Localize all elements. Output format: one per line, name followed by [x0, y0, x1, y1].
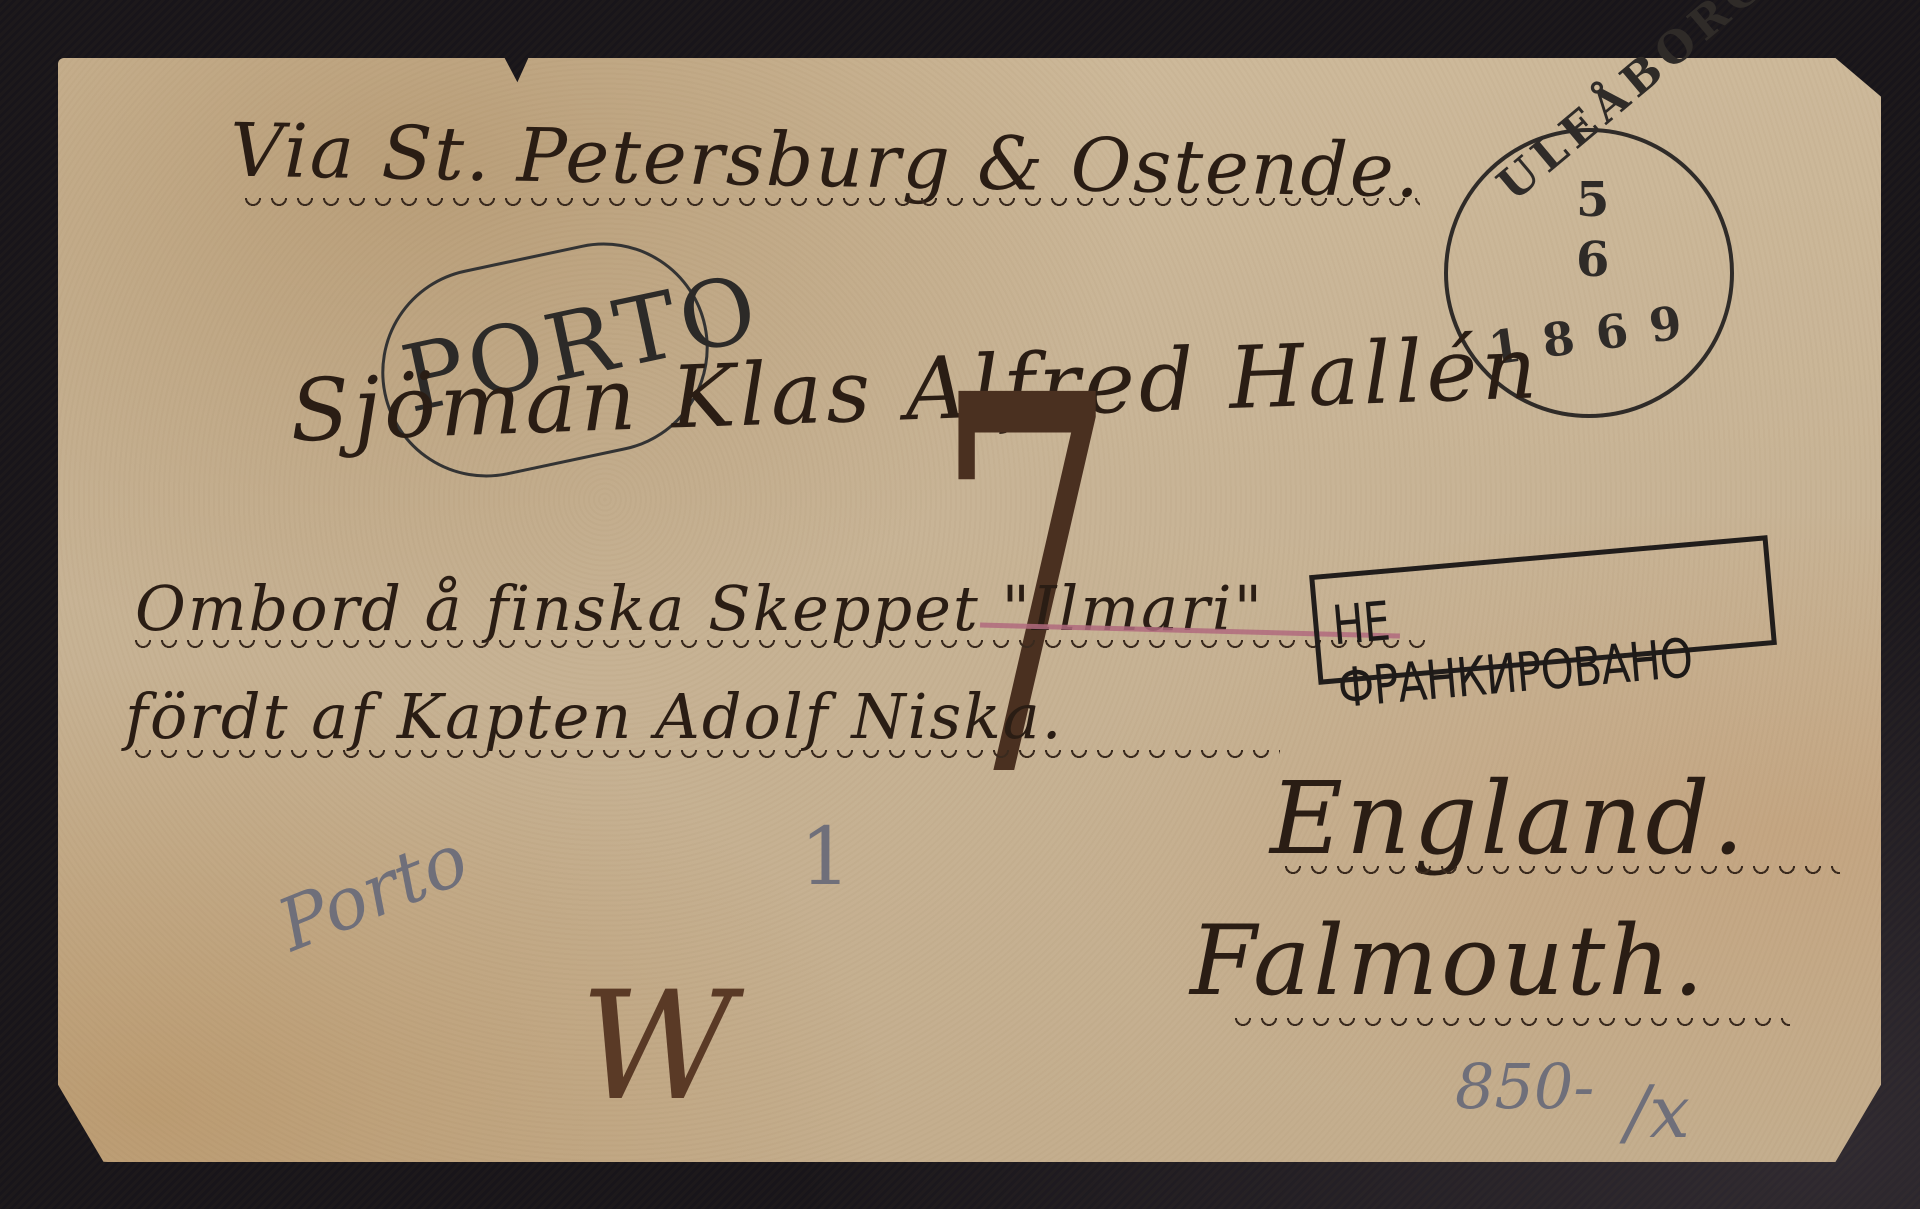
- postmark-month: 6: [1576, 232, 1609, 288]
- manuscript-initial: W: [580, 960, 734, 1134]
- captain-line-underline: [130, 750, 1280, 764]
- ship-line-underline: [130, 640, 1430, 654]
- postmark-day: 5: [1576, 172, 1609, 228]
- routing-underline: [240, 198, 1420, 212]
- pencil-arrow-digit: 1: [800, 810, 851, 903]
- destination-country: England.: [1270, 760, 1747, 877]
- pencil-code: /x: [1625, 1070, 1690, 1154]
- destination-city: Falmouth.: [1190, 905, 1707, 1017]
- country-underline: [1280, 866, 1840, 880]
- ship-line: Ombord å finska Skeppet "Ilmari": [135, 572, 1264, 645]
- pencil-price: 850-: [1455, 1050, 1594, 1123]
- captain-line: fördt af Kapten Adolf Niska.: [125, 680, 1063, 753]
- city-underline: [1230, 1018, 1790, 1032]
